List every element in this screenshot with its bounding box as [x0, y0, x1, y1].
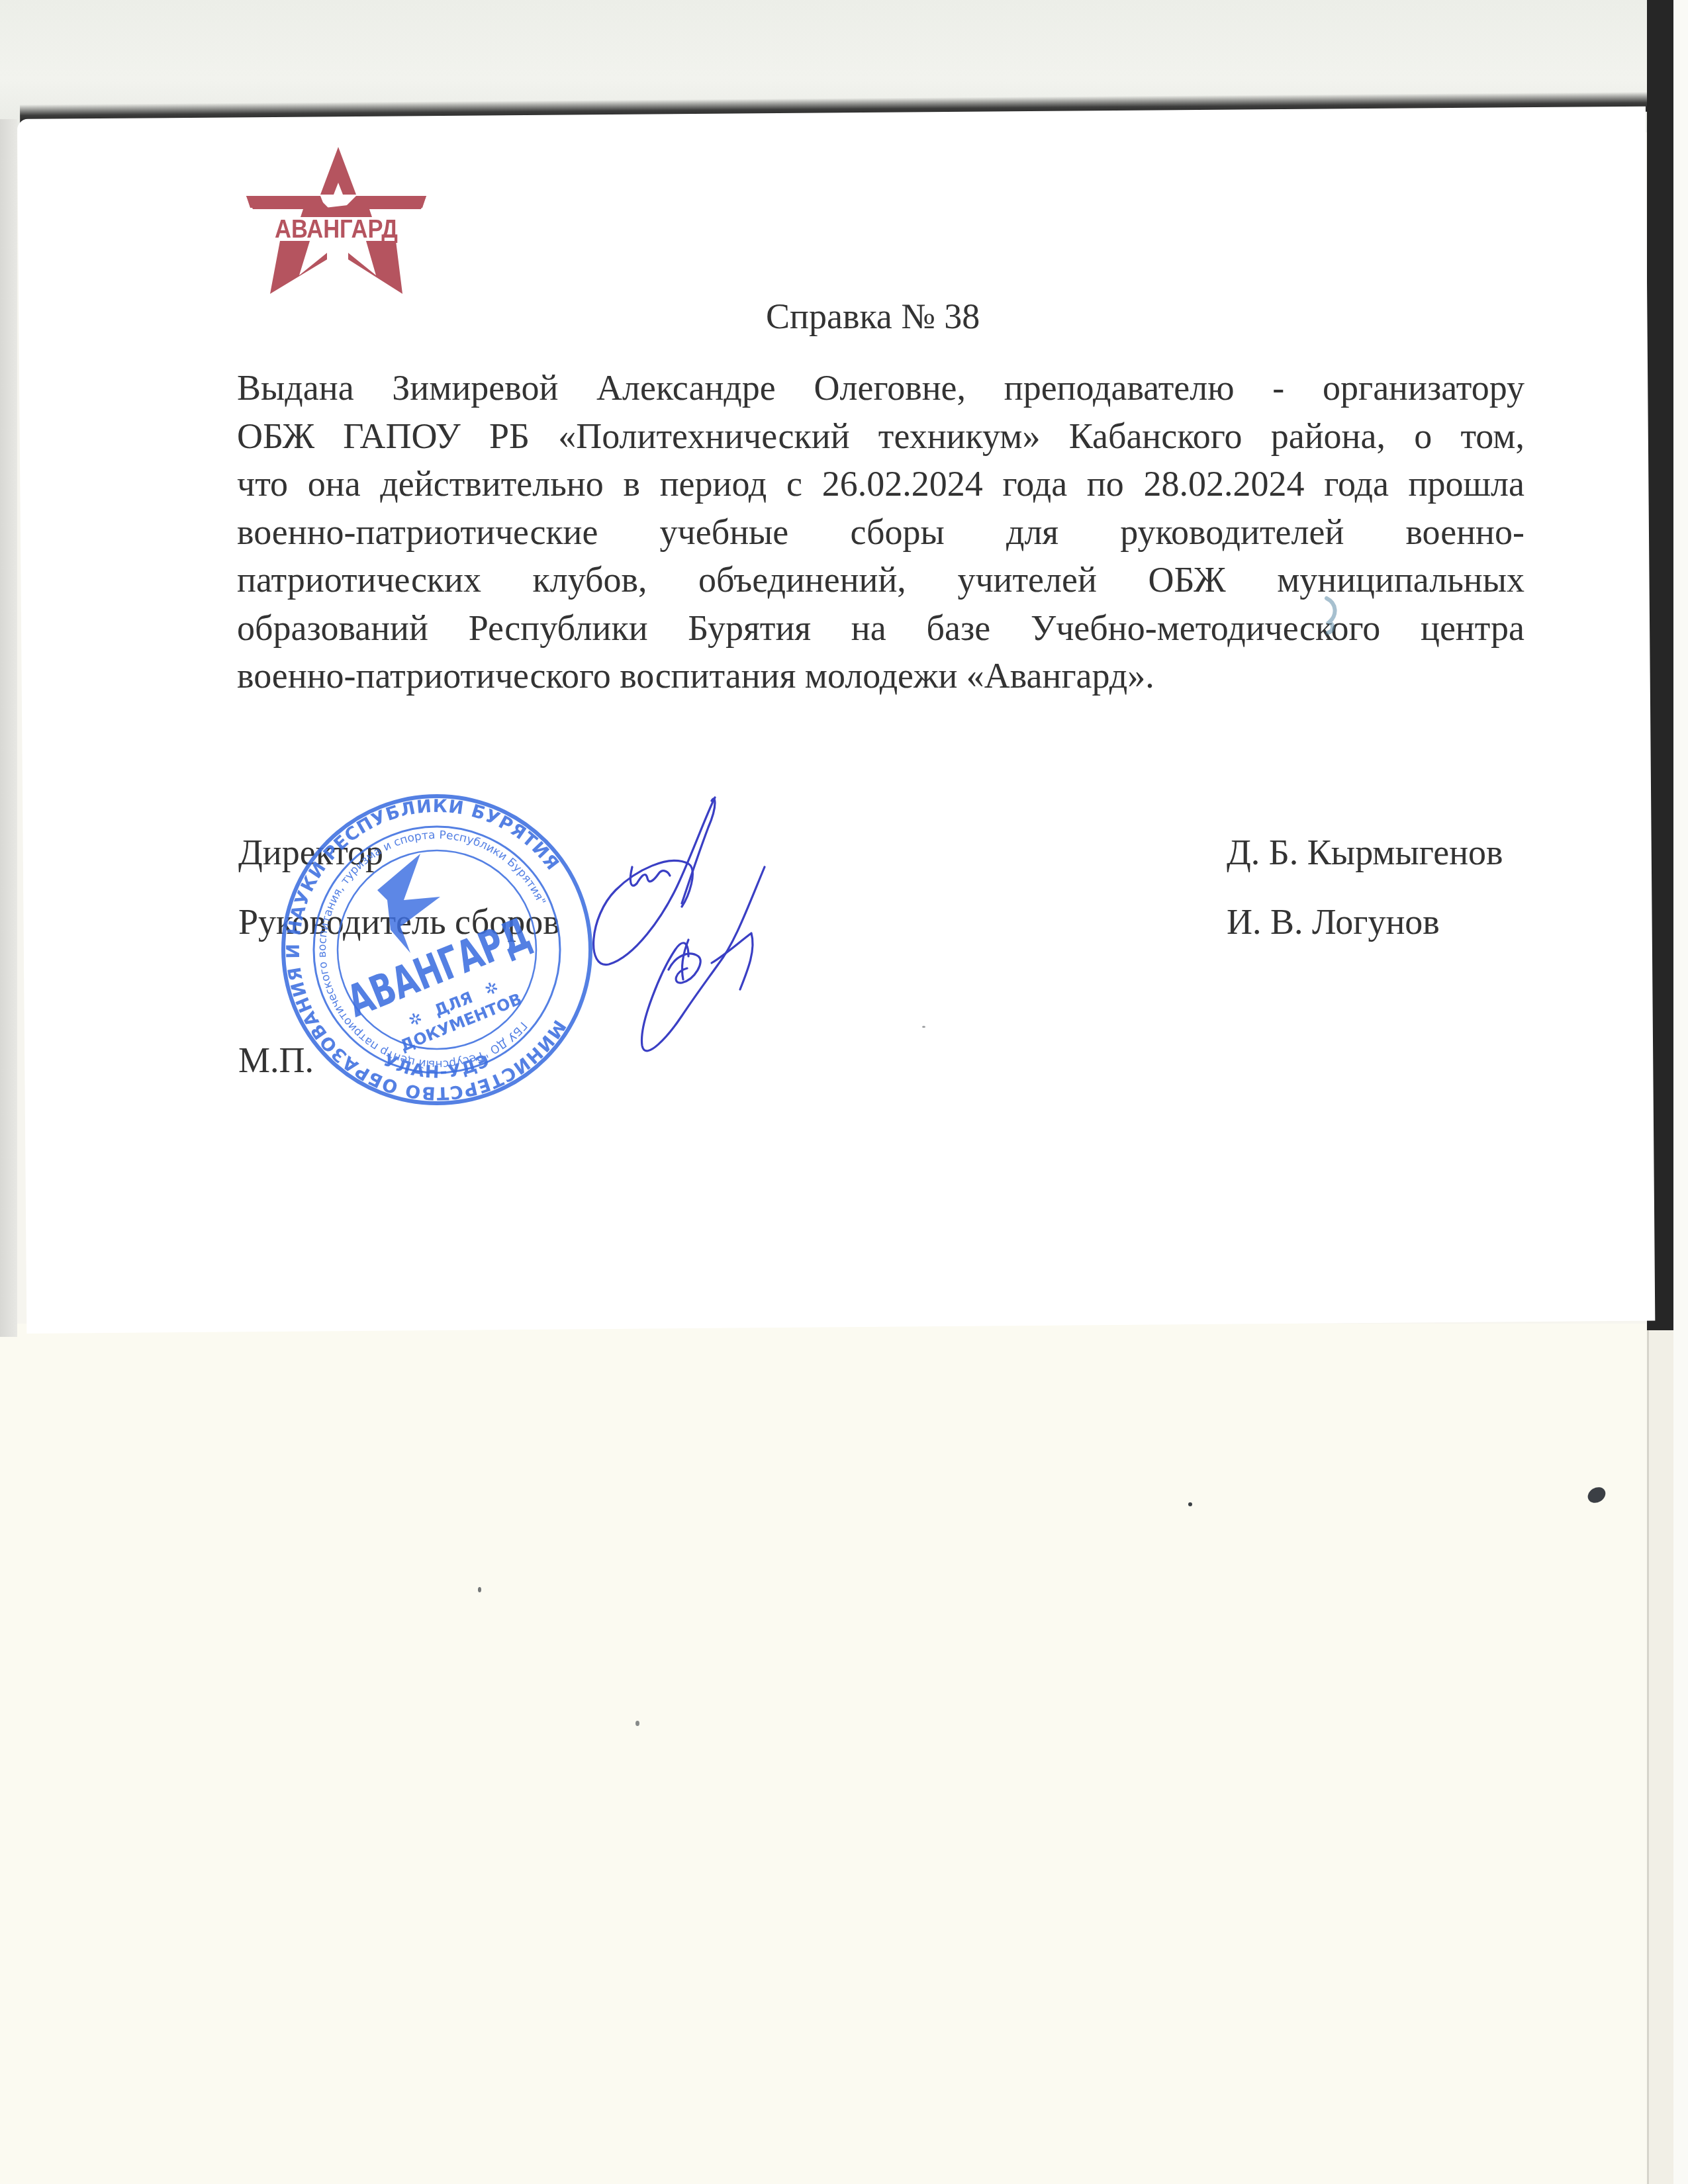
body-line: военно-патриотические учебные сборы для … [237, 508, 1524, 557]
scanner-background-bottom [0, 1324, 1688, 2184]
scan-speck [922, 1026, 925, 1028]
scan-speck [635, 1721, 639, 1726]
avangard-stamp-icon: МИНИСТЕРСТВО ОБРАЗОВАНИЯ И НАУКИ РЕСПУБЛ… [278, 791, 596, 1109]
scanner-left-shade [0, 119, 17, 1337]
svg-text:АВАНГАРД: АВАНГАРД [275, 216, 398, 244]
official-stamp: МИНИСТЕРСТВО ОБРАЗОВАНИЯ И НАУКИ РЕСПУБЛ… [278, 791, 596, 1109]
signature-icon [583, 791, 774, 1056]
director-name: Д. Б. Кырмыгенов [1227, 833, 1503, 872]
red-star-logo-icon: АВАНГАРД [244, 143, 429, 296]
body-line: ОБЖ ГАПОУ РБ «Политехнический техникум» … [237, 412, 1524, 461]
document-title: Справка № 38 [766, 296, 980, 336]
camp-leader-name: И. В. Логунов [1227, 902, 1440, 942]
handwritten-signatures [583, 791, 774, 1056]
body-line: что она действительно в период с 26.02.2… [237, 460, 1524, 508]
ink-smudge [1324, 596, 1340, 635]
scanner-lower-edge [1647, 1330, 1675, 2184]
scanner-right-margin [1673, 0, 1688, 2184]
scan-speck [1188, 1502, 1192, 1506]
avangard-logo: АВАНГАРД [244, 143, 429, 296]
scan-speck [478, 1587, 481, 1592]
svg-text:✲: ✲ [406, 1009, 425, 1030]
body-line: Выдана Зимиревой Александре Олеговне, пр… [237, 364, 1524, 412]
body-line: военно-патриотического воспитания молоде… [237, 652, 1524, 700]
document-body: Выдана Зимиревой Александре Олеговне, пр… [237, 364, 1524, 700]
svg-text:✲: ✲ [482, 978, 501, 999]
